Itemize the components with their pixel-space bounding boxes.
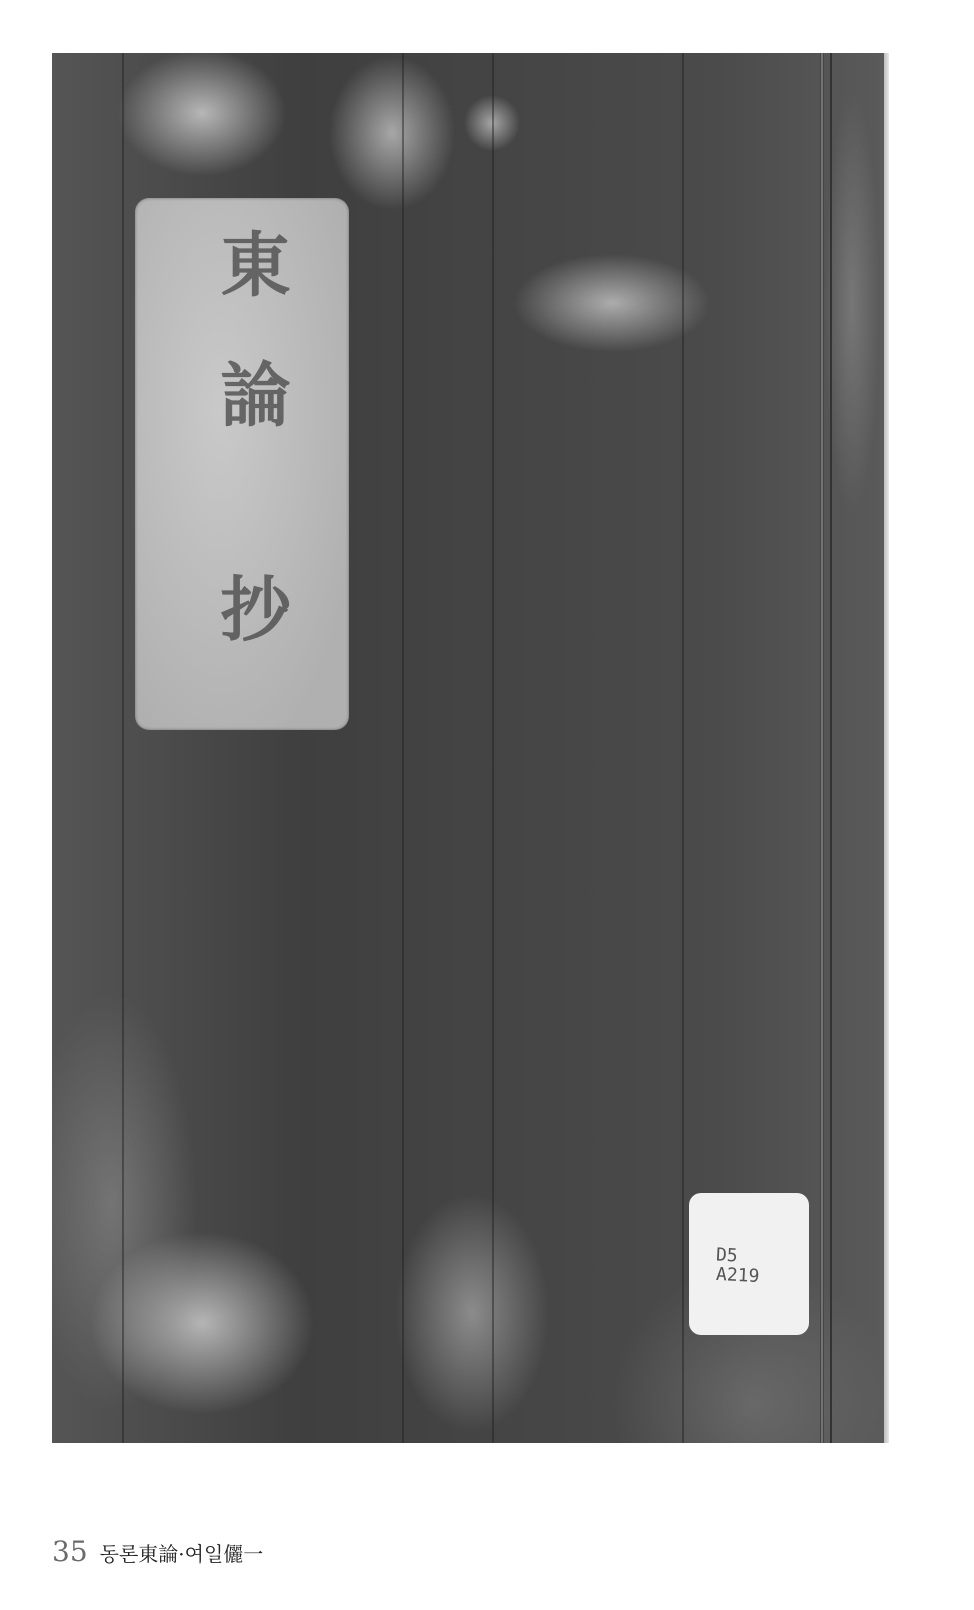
- call-number-label: D5 A219: [689, 1193, 809, 1335]
- crease-line: [682, 53, 684, 1443]
- figure-number: 35: [52, 1535, 88, 1568]
- figure-caption: 35 동론東論·여일儷一: [52, 1535, 263, 1568]
- crease-line: [402, 53, 404, 1443]
- crease-line: [492, 53, 494, 1443]
- binding-line: [830, 53, 832, 1443]
- photo-edge: [884, 53, 889, 1443]
- binding-line: [820, 53, 824, 1443]
- figure-caption-text: 동론東論·여일儷一: [100, 1538, 264, 1567]
- title-calligraphy: 東論 抄: [165, 228, 285, 702]
- book-cover-photo: 東論 抄 D5 A219: [52, 53, 884, 1443]
- title-slip: 東論 抄: [135, 198, 349, 730]
- crease-line: [122, 53, 124, 1443]
- call-number-line2: A219: [715, 1264, 759, 1287]
